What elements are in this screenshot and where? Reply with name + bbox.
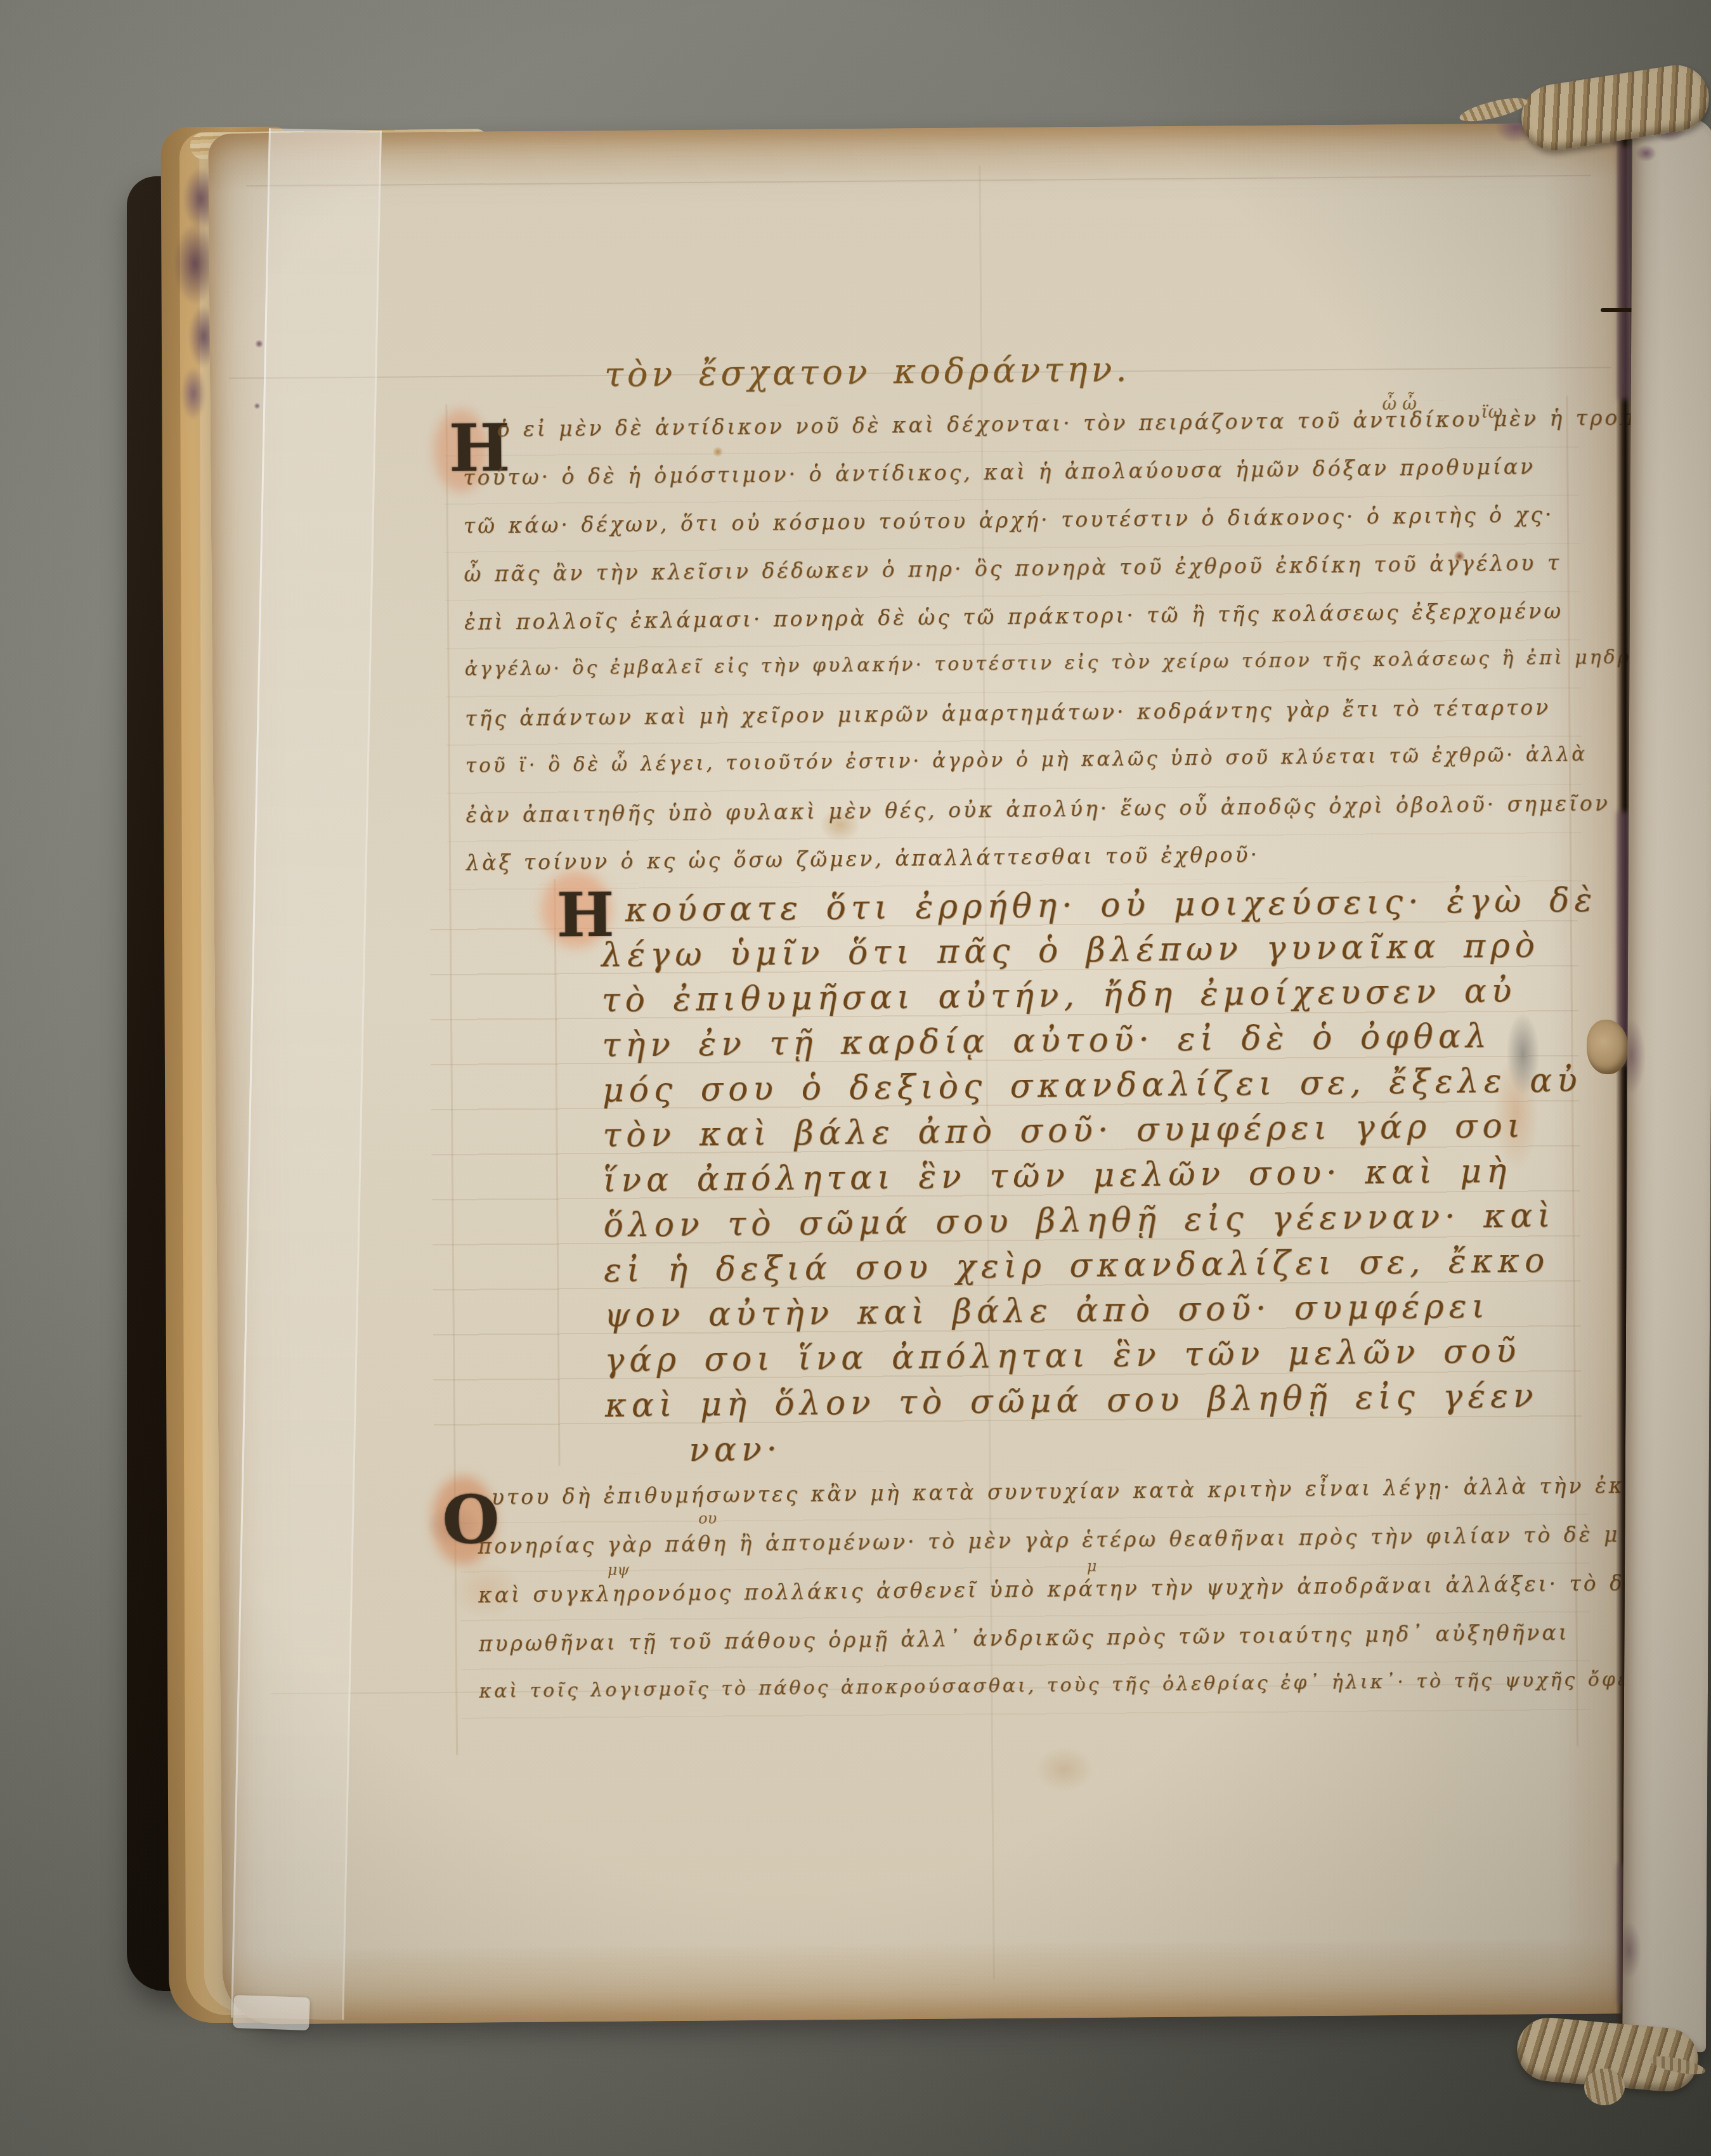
chapter-heading: τὸν ἔσχατον κοδράντην.	[604, 349, 1131, 394]
clear-film-strip-end	[233, 1995, 310, 2030]
sewing-thread-knot	[1587, 1020, 1629, 1074]
interlinear-gloss: ου	[698, 1510, 717, 1528]
rope-fray	[1457, 93, 1529, 126]
lemma-line: ναν·	[689, 1431, 782, 1470]
adjacent-leaf[interactable]	[1622, 118, 1711, 2053]
rope-fray	[1584, 2068, 1625, 2105]
marginal-note: ὦ ὦ	[1382, 393, 1417, 414]
manuscript-page[interactable]: τὸν ἔσχατον κοδράντην. Η ὁ εἰ μὲν δὲ ἀντ…	[208, 122, 1643, 2025]
interlinear-gloss: μ	[1087, 1557, 1097, 1575]
interlinear-gloss: μψ	[608, 1561, 630, 1579]
marginal-note: ϊω	[1481, 401, 1502, 422]
